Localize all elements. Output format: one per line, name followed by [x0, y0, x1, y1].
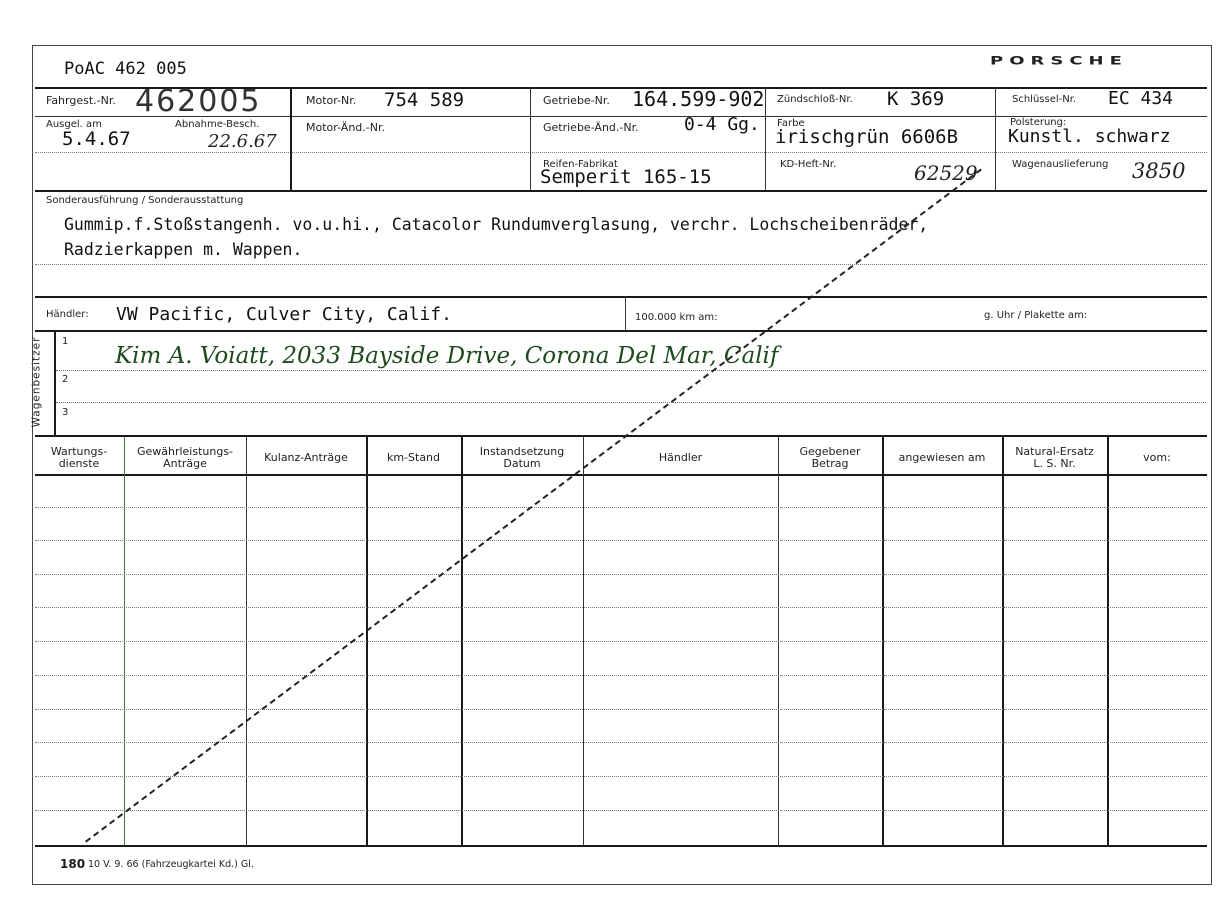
divider — [35, 474, 1207, 476]
special-label: Sonderausführung / Sonderausstattung — [46, 195, 243, 206]
footer-number: 180 — [60, 857, 85, 871]
getriebe-aend-value: 0-4 Gg. — [684, 114, 760, 135]
divider — [54, 330, 56, 435]
dealer-value: VW Pacific, Culver City, Calif. — [116, 304, 452, 325]
divider — [35, 190, 1207, 192]
col-header-betrag: Gegebener Betrag — [779, 443, 881, 473]
getriebe-aend-label: Getriebe-Änd.-Nr. — [543, 121, 639, 134]
zuendschloss-value: K 369 — [887, 88, 944, 110]
col-header-gewaehr: Gewährleistungs- Anträge — [125, 443, 245, 473]
zuendschloss-label: Zündschloß-Nr. — [777, 94, 853, 105]
col-header-angewiesen: angewiesen am — [883, 443, 1001, 473]
col-header-kulanz: Kulanz-Anträge — [247, 443, 365, 473]
getriebe-label: Getriebe-Nr. — [543, 94, 610, 107]
table-row-line — [35, 540, 1207, 541]
motor-aend-label: Motor-Änd.-Nr. — [306, 121, 385, 134]
polsterung-value: Kunstl. schwarz — [1008, 126, 1171, 147]
table-row-line — [35, 709, 1207, 710]
divider — [56, 370, 1206, 371]
owner-value-1: Kim A. Voiatt, 2033 Bayside Drive, Coron… — [115, 343, 778, 369]
divider — [56, 402, 1206, 403]
km-label: 100.000 km am: — [635, 312, 717, 323]
table-row-line — [35, 776, 1207, 777]
motor-label: Motor-Nr. — [306, 94, 356, 107]
divider — [290, 87, 292, 190]
uhr-label: g. Uhr / Plakette am: — [984, 310, 1087, 321]
abnahme-label: Abnahme-Besch. — [175, 119, 259, 130]
dealer-label: Händler: — [46, 309, 89, 320]
table-row-line — [35, 675, 1207, 676]
owner-num-3: 3 — [62, 407, 68, 418]
table-row-line — [35, 810, 1207, 811]
ausgel-value: 5.4.67 — [62, 128, 131, 150]
footer-text: 10 V. 9. 66 (Fahrzeugkartei Kd.) Gl. — [88, 859, 254, 870]
porsche-logo: PORSCHE — [990, 54, 1128, 68]
schluessel-value: EC 434 — [1108, 88, 1173, 109]
col-header-haendler: Händler — [584, 443, 777, 473]
schluessel-label: Schlüssel-Nr. — [1012, 94, 1076, 105]
card-header-code: PoAC 462 005 — [64, 59, 187, 79]
farbe-value: irischgrün 6606B — [775, 126, 958, 148]
special-line-1: Gummip.f.Stoßstangenh. vo.u.hi., Catacol… — [64, 215, 928, 234]
kdheft-label: KD-Heft-Nr. — [780, 159, 836, 170]
divider — [35, 264, 1207, 265]
table-row-line — [35, 574, 1207, 575]
divider — [35, 330, 1207, 332]
col-header-natural: Natural-Ersatz L. S. Nr. — [1003, 443, 1106, 473]
owner-num-1: 1 — [62, 336, 68, 347]
special-line-2: Radzierkappen m. Wappen. — [64, 240, 302, 259]
col-header-wartung: Wartungs- dienste — [35, 443, 123, 473]
divider — [35, 435, 1207, 437]
table-row-line — [35, 742, 1207, 743]
divider — [35, 845, 1207, 847]
abnahme-value: 22.6.67 — [208, 131, 277, 152]
divider — [995, 87, 996, 190]
getriebe-value: 164.599-902 — [632, 87, 764, 111]
divider — [530, 87, 531, 190]
owners-label: Wagenbesitzer — [30, 337, 42, 428]
divider — [765, 87, 766, 190]
divider — [35, 296, 1207, 298]
table-row-line — [35, 507, 1207, 508]
col-header-km: km-Stand — [367, 443, 460, 473]
col-header-vom: vom: — [1108, 443, 1206, 473]
auslieferung-label: Wagenauslieferung — [1012, 159, 1108, 170]
col-header-instand: Instandsetzung Datum — [462, 443, 582, 473]
kdheft-value: 62529 — [914, 161, 978, 185]
motor-value: 754 589 — [384, 89, 464, 111]
table-row-line — [35, 641, 1207, 642]
table-row-line — [35, 607, 1207, 608]
divider — [625, 296, 626, 330]
fahrgest-label: Fahrgest.-Nr. — [46, 94, 116, 107]
owner-num-2: 2 — [62, 374, 68, 385]
auslieferung-value: 3850 — [1132, 159, 1185, 183]
divider — [35, 152, 1207, 153]
fahrgest-value: 462005 — [135, 84, 262, 119]
reifen-value: Semperit 165-15 — [540, 166, 712, 188]
